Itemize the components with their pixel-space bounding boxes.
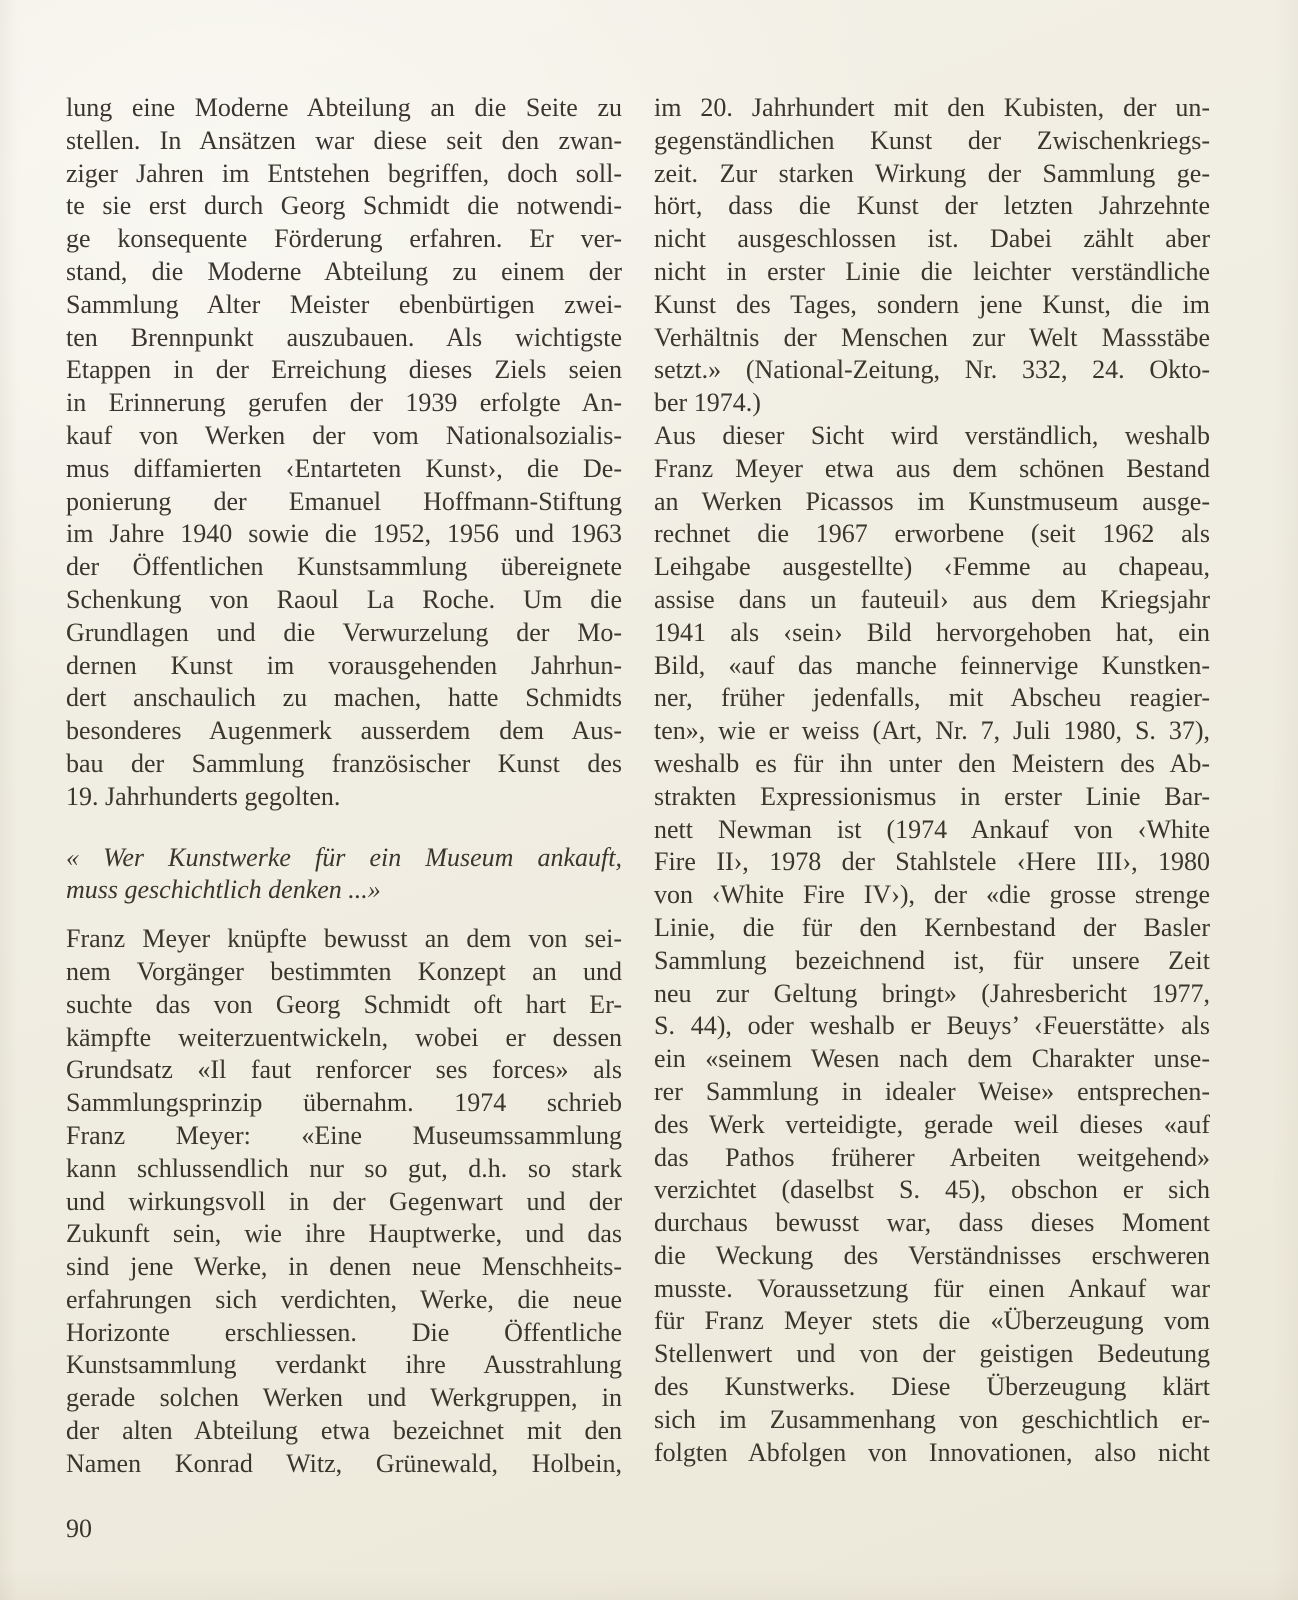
text-line: assise dans un fauteuil› aus dem Kriegsj… <box>654 584 1210 617</box>
text-line: Schenkung von Raoul La Roche. Um die <box>66 584 622 617</box>
text-line: weshalb es für ihn unter den Meistern de… <box>654 748 1210 781</box>
text-line: Zukunft sein, wie ihre Hauptwerke, und d… <box>66 1218 622 1251</box>
text-line: sich im Zusammenhang von geschichtlich e… <box>654 1404 1210 1437</box>
text-line: rer Sammlung in idealer Weise» entsprech… <box>654 1076 1210 1109</box>
text-line: besonderes Augenmerk ausserdem dem Aus- <box>66 715 622 748</box>
text-line: Namen Konrad Witz, Grünewald, Holbein, <box>66 1448 622 1481</box>
text-line: ten Brennpunkt auszubauen. Als wichtigst… <box>66 322 622 355</box>
text-line: Grundsatz «Il faut renforcer ses forces»… <box>66 1054 622 1087</box>
text-line: im Jahre 1940 sowie die 1952, 1956 und 1… <box>66 518 622 551</box>
section-heading: « Wer Kunstwerke für ein Museum ankauft,… <box>66 842 622 908</box>
text-line: ner, früher jedenfalls, mit Abscheu reag… <box>654 682 1210 715</box>
text-line: stellen. In Ansätzen war diese seit den … <box>66 125 622 158</box>
document-page: lung eine Moderne Abteilung an die Seite… <box>0 0 1298 1600</box>
text-line: zeit. Zur starken Wirkung der Sammlung g… <box>654 158 1210 191</box>
text-line: im 20. Jahrhundert mit den Kubisten, der… <box>654 92 1210 125</box>
text-line: gegenständlichen Kunst der Zwischenkrieg… <box>654 125 1210 158</box>
text-column-left: lung eine Moderne Abteilung an die Seite… <box>66 92 622 1481</box>
text-line: Sammlung Alter Meister ebenbürtigen zwei… <box>66 289 622 322</box>
text-line: nicht ausgeschlossen ist. Dabei zählt ab… <box>654 223 1210 256</box>
text-line: dernen Kunst im vorausgehenden Jahrhun- <box>66 650 622 683</box>
text-line: ber 1974.) <box>654 387 1210 420</box>
text-line: S. 44), oder weshalb er Beuys’ ‹Feuerstä… <box>654 1010 1210 1043</box>
paragraph: lung eine Moderne Abteilung an die Seite… <box>66 92 622 814</box>
text-line: nicht in erster Linie die leichter verst… <box>654 256 1210 289</box>
text-line: Sammlungsprinzip übernahm. 1974 schrieb <box>66 1087 622 1120</box>
text-line: stand, die Moderne Abteilung zu einem de… <box>66 256 622 289</box>
text-line: 19. Jahrhunderts gegolten. <box>66 781 622 814</box>
text-line: ein «seinem Wesen nach dem Charakter uns… <box>654 1043 1210 1076</box>
text-line: nem Vorgänger bestimmten Konzept an und <box>66 956 622 989</box>
text-line: suchte das von Georg Schmidt oft hart Er… <box>66 989 622 1022</box>
text-line: Franz Meyer knüpfte bewusst an dem von s… <box>66 923 622 956</box>
text-line: nett Newman ist (1974 Ankauf von ‹White <box>654 814 1210 847</box>
paragraph: im 20. Jahrhundert mit den Kubisten, der… <box>654 92 1210 420</box>
text-line: erfahrungen sich verdichten, Werke, die … <box>66 1284 622 1317</box>
text-line: für Franz Meyer stets die «Überzeugung v… <box>654 1305 1210 1338</box>
text-line: Aus dieser Sicht wird verständlich, wesh… <box>654 420 1210 453</box>
text-line: Bild, «auf das manche feinnervige Kunstk… <box>654 650 1210 683</box>
text-line: sind jene Werke, in denen neue Menschhei… <box>66 1251 622 1284</box>
text-line: Fire II›, 1978 der Stahlstele ‹Here III›… <box>654 846 1210 879</box>
text-line: verzichtet (daselbst S. 45), obschon er … <box>654 1174 1210 1207</box>
text-line: und wirkungsvoll in der Gegenwart und de… <box>66 1186 622 1219</box>
text-line: Horizonte erschliessen. Die Öffentliche <box>66 1317 622 1350</box>
text-line: hört, dass die Kunst der letzten Jahrzeh… <box>654 190 1210 223</box>
text-line: Kunst des Tages, sondern jene Kunst, die… <box>654 289 1210 322</box>
text-line: muss geschichtlich denken ...» <box>66 874 622 907</box>
text-line: « Wer Kunstwerke für ein Museum ankauft, <box>66 842 622 875</box>
text-line: ge konsequente Förderung erfahren. Er ve… <box>66 223 622 256</box>
text-line: strakten Expressionismus in erster Linie… <box>654 781 1210 814</box>
text-line: lung eine Moderne Abteilung an die Seite… <box>66 92 622 125</box>
text-line: Stellenwert und von der geistigen Bedeut… <box>654 1338 1210 1371</box>
text-line: neu zur Geltung bringt» (Jahresbericht 1… <box>654 978 1210 1011</box>
text-line: te sie erst durch Georg Schmidt die notw… <box>66 190 622 223</box>
text-line: Leihgabe ausgestellte) ‹Femme au chapeau… <box>654 551 1210 584</box>
text-line: in Erinnerung gerufen der 1939 erfolgte … <box>66 387 622 420</box>
text-line: rechnet die 1967 erworbene (seit 1962 al… <box>654 518 1210 551</box>
text-line: folgten Abfolgen von Innovationen, also … <box>654 1437 1210 1470</box>
text-line: gerade solchen Werken und Werkgruppen, i… <box>66 1382 622 1415</box>
page-number: 90 <box>66 1514 92 1544</box>
paragraph: Aus dieser Sicht wird verständlich, wesh… <box>654 420 1210 1470</box>
text-line: Kunstsammlung verdankt ihre Ausstrahlung <box>66 1349 622 1382</box>
text-line: Linie, die für den Kernbestand der Basle… <box>654 912 1210 945</box>
text-line: des Kunstwerks. Diese Überzeugung klärt <box>654 1371 1210 1404</box>
text-line: Franz Meyer etwa aus dem schönen Bestand <box>654 453 1210 486</box>
paragraph: Franz Meyer knüpfte bewusst an dem von s… <box>66 923 622 1481</box>
text-line: setzt.» (National-Zeitung, Nr. 332, 24. … <box>654 354 1210 387</box>
text-line: Verhältnis der Menschen zur Welt Massstä… <box>654 322 1210 355</box>
text-line: das Pathos früherer Arbeiten weitgehend» <box>654 1142 1210 1175</box>
text-line: ziger Jahren im Entstehen begriffen, doc… <box>66 158 622 191</box>
text-line: der alten Abteilung etwa bezeichnet mit … <box>66 1415 622 1448</box>
text-column-right: im 20. Jahrhundert mit den Kubisten, der… <box>654 92 1210 1469</box>
text-line: musste. Voraussetzung für einen Ankauf w… <box>654 1273 1210 1306</box>
text-line: an Werken Picassos im Kunstmuseum ausge- <box>654 486 1210 519</box>
text-line: dert anschaulich zu machen, hatte Schmid… <box>66 682 622 715</box>
text-line: durchaus bewusst war, dass dieses Moment <box>654 1207 1210 1240</box>
text-line: die Weckung des Verständnisses erschwere… <box>654 1240 1210 1273</box>
text-line: des Werk verteidigte, gerade weil dieses… <box>654 1109 1210 1142</box>
text-line: ten», wie er weiss (Art, Nr. 7, Juli 198… <box>654 715 1210 748</box>
text-line: kauf von Werken der vom Nationalsozialis… <box>66 420 622 453</box>
text-line: Franz Meyer: «Eine Museumssammlung <box>66 1120 622 1153</box>
text-line: Grundlagen und die Verwurzelung der Mo- <box>66 617 622 650</box>
text-line: mus diffamierten ‹Entarteten Kunst›, die… <box>66 453 622 486</box>
text-line: kann schlussendlich nur so gut, d.h. so … <box>66 1153 622 1186</box>
text-line: Etappen in der Erreichung dieses Ziels s… <box>66 354 622 387</box>
text-line: von ‹White Fire IV›), der «die grosse st… <box>654 879 1210 912</box>
text-line: bau der Sammlung französischer Kunst des <box>66 748 622 781</box>
text-line: 1941 als ‹sein› Bild hervorgehoben hat, … <box>654 617 1210 650</box>
text-line: der Öffentlichen Kunstsammlung übereigne… <box>66 551 622 584</box>
text-line: kämpfte weiterzuentwickeln, wobei er des… <box>66 1022 622 1055</box>
text-line: Sammlung bezeichnend ist, für unsere Zei… <box>654 945 1210 978</box>
text-line: ponierung der Emanuel Hoffmann-Stiftung <box>66 486 622 519</box>
